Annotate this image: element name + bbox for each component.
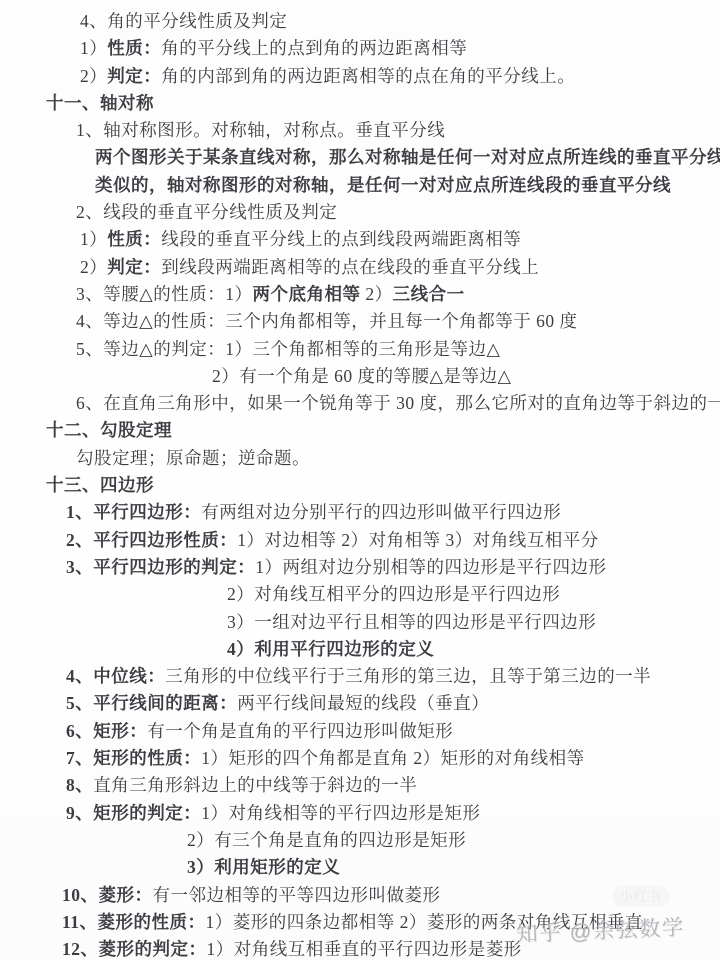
- doc-text: 10、菱形：: [62, 885, 153, 905]
- doc-line: 勾股定理；原命题；逆命题。: [0, 445, 720, 472]
- doc-line: 3、等腰△的性质：1）两个底角相等 2）三线合一: [0, 281, 720, 308]
- doc-text: 3、平行四边形的判定：: [66, 557, 255, 577]
- doc-text: 判定：: [107, 257, 161, 277]
- doc-text: 有一邻边相等的平等四边形叫做菱形: [153, 885, 441, 905]
- doc-text: 两个图形关于某条直线对称，那么对称轴是任何一对对应点所连线的垂直平分线: [95, 147, 720, 167]
- doc-line: 3、平行四边形的判定：1）两组对边分别相等的四边形是平行四边形: [0, 554, 720, 581]
- doc-text: 三角形的中位线平行于三角形的第三边，且等于第三边的一半: [165, 666, 651, 686]
- doc-text: 1）对边相等 2）对角相等 3）对角线互相平分: [237, 530, 599, 550]
- doc-text: 1）两组对边分别相等的四边形是平行四边形: [255, 557, 606, 577]
- doc-line: 2）有三个角是直角的四边形是矩形: [0, 827, 720, 854]
- doc-line: 2）有一个角是 60 度的等腰△是等边△: [0, 363, 720, 390]
- doc-text: 8、: [66, 775, 93, 795]
- doc-text: 有两组对边分别平行的四边形叫做平行四边形: [201, 502, 561, 522]
- doc-line: 2）判定：到线段两端距离相等的点在线段的垂直平分线上: [0, 254, 720, 281]
- doc-text: 角的内部到角的两边距离相等的点在角的平分线上。: [161, 66, 575, 86]
- doc-text: 3）一组对边平行且相等的四边形是平行四边形: [227, 612, 596, 632]
- doc-text: 4）利用平行四边形的定义: [227, 639, 434, 659]
- doc-text: 1）矩形的四个角都是直角 2）矩形的对角线相等: [201, 748, 584, 768]
- notes-text-body: 4、角的平分线性质及判定1）性质：角的平分线上的点到角的两边距离相等2）判定：角…: [0, 0, 720, 960]
- doc-line: 3）一组对边平行且相等的四边形是平行四边形: [0, 609, 720, 636]
- doc-line: 十一、轴对称: [0, 90, 720, 117]
- doc-text: 12、菱形的判定：: [62, 939, 207, 959]
- doc-line: 1、平行四边形：有两组对边分别平行的四边形叫做平行四边形: [0, 499, 720, 526]
- doc-text: 7、矩形的性质：: [66, 748, 201, 768]
- doc-line: 5、等边△的判定：1）三个角都相等的三角形是等边△: [0, 336, 720, 363]
- doc-line: 1）性质：线段的垂直平分线上的点到线段两端距离相等: [0, 226, 720, 253]
- doc-text: 勾股定理；原命题；逆命题。: [76, 448, 310, 468]
- doc-text: 3、等腰△的性质：1）: [76, 284, 252, 304]
- doc-line: 4、中位线：三角形的中位线平行于三角形的第三边，且等于第三边的一半: [0, 663, 720, 690]
- doc-text: 判定：: [107, 66, 161, 86]
- doc-text: 3）利用矩形的定义: [187, 857, 340, 877]
- doc-text: 有一个角是直角的平行四边形叫做矩形: [147, 721, 453, 741]
- doc-text: 2）: [360, 284, 392, 304]
- doc-line: 1）性质：角的平分线上的点到角的两边距离相等: [0, 35, 720, 62]
- doc-text: 角的平分线上的点到角的两边距离相等: [161, 38, 467, 58]
- doc-text: 9、矩形的判定：: [66, 803, 201, 823]
- xiaohongshu-watermark-badge: 小红书: [612, 886, 670, 907]
- doc-line: 2）对角线互相平分的四边形是平行四边形: [0, 581, 720, 608]
- doc-text: 十一、轴对称: [46, 93, 154, 113]
- doc-line: 2、线段的垂直平分线性质及判定: [0, 199, 720, 226]
- doc-line: 十二、勾股定理: [0, 417, 720, 444]
- doc-line: 6、矩形：有一个角是直角的平行四边形叫做矩形: [0, 718, 720, 745]
- doc-text: 2）对角线互相平分的四边形是平行四边形: [227, 584, 560, 604]
- doc-line: 2、平行四边形性质：1）对边相等 2）对角相等 3）对角线互相平分: [0, 527, 720, 554]
- doc-text: 性质：: [107, 229, 161, 249]
- doc-text: 1）对角线互相垂直的平行四边形是菱形: [207, 939, 522, 959]
- doc-line: 4、等边△的性质：三个内角都相等，并且每一个角都等于 60 度: [0, 308, 720, 335]
- doc-line: 类似的，轴对称图形的对称轴，是任何一对对应点所连线段的垂直平分线: [0, 172, 720, 199]
- doc-text: 两个底角相等: [252, 284, 360, 304]
- doc-text: 2）: [80, 66, 107, 86]
- doc-text: 三线合一: [393, 284, 465, 304]
- doc-line: 8、直角三角形斜边上的中线等于斜边的一半: [0, 772, 720, 799]
- doc-text: 1）: [80, 38, 107, 58]
- doc-text: 类似的，轴对称图形的对称轴，是任何一对对应点所连线段的垂直平分线: [95, 175, 671, 195]
- doc-text: 到线段两端距离相等的点在线段的垂直平分线上: [161, 257, 539, 277]
- doc-line: 5、平行线间的距离：两平行线间最短的线段（垂直）: [0, 690, 720, 717]
- doc-text: 2、平行四边形性质：: [66, 530, 237, 550]
- doc-line: 4、角的平分线性质及判定: [0, 8, 720, 35]
- doc-line: 9、矩形的判定：1）对角线相等的平行四边形是矩形: [0, 800, 720, 827]
- doc-text: 6、矩形：: [66, 721, 147, 741]
- doc-text: 2）有一个角是 60 度的等腰△是等边△: [212, 366, 511, 386]
- doc-line: 3）利用矩形的定义: [0, 854, 720, 881]
- doc-line: 4）利用平行四边形的定义: [0, 636, 720, 663]
- doc-text: 4、等边△的性质：三个内角都相等，并且每一个角都等于 60 度: [76, 311, 577, 331]
- doc-text: 5、平行线间的距离：: [66, 693, 237, 713]
- doc-text: 6、在直角三角形中，如果一个锐角等于 30 度，那么它所对的直角边等于斜边的一半: [76, 393, 720, 413]
- doc-text: 2、线段的垂直平分线性质及判定: [76, 202, 337, 222]
- doc-text: 直角三角形斜边上的中线等于斜边的一半: [93, 775, 417, 795]
- document-page: 4、角的平分线性质及判定1）性质：角的平分线上的点到角的两边距离相等2）判定：角…: [0, 0, 720, 960]
- doc-text: 1）对角线相等的平行四边形是矩形: [201, 803, 480, 823]
- doc-text: 2）: [80, 257, 107, 277]
- doc-text: 两平行线间最短的线段（垂直）: [237, 693, 489, 713]
- doc-line: 两个图形关于某条直线对称，那么对称轴是任何一对对应点所连线的垂直平分线: [0, 144, 720, 171]
- doc-line: 6、在直角三角形中，如果一个锐角等于 30 度，那么它所对的直角边等于斜边的一半: [0, 390, 720, 417]
- doc-line: 十三、四边形: [0, 472, 720, 499]
- doc-text: 十三、四边形: [46, 475, 154, 495]
- doc-text: 性质：: [107, 38, 161, 58]
- doc-text: 1、平行四边形：: [66, 502, 201, 522]
- doc-line: 7、矩形的性质：1）矩形的四个角都是直角 2）矩形的对角线相等: [0, 745, 720, 772]
- doc-text: 十二、勾股定理: [46, 420, 172, 440]
- doc-text: 1、轴对称图形。对称轴，对称点。垂直平分线: [76, 120, 445, 140]
- doc-line: 2）判定：角的内部到角的两边距离相等的点在角的平分线上。: [0, 63, 720, 90]
- doc-text: 11、菱形的性质：: [62, 912, 206, 932]
- doc-text: 4、中位线：: [66, 666, 165, 686]
- doc-text: 1）: [80, 229, 107, 249]
- doc-text: 4、角的平分线性质及判定: [80, 11, 287, 31]
- doc-text: 5、等边△的判定：1）三个角都相等的三角形是等边△: [76, 339, 500, 359]
- doc-text: 2）有三个角是直角的四边形是矩形: [187, 830, 466, 850]
- doc-line: 1、轴对称图形。对称轴，对称点。垂直平分线: [0, 117, 720, 144]
- doc-text: 线段的垂直平分线上的点到线段两端距离相等: [161, 229, 521, 249]
